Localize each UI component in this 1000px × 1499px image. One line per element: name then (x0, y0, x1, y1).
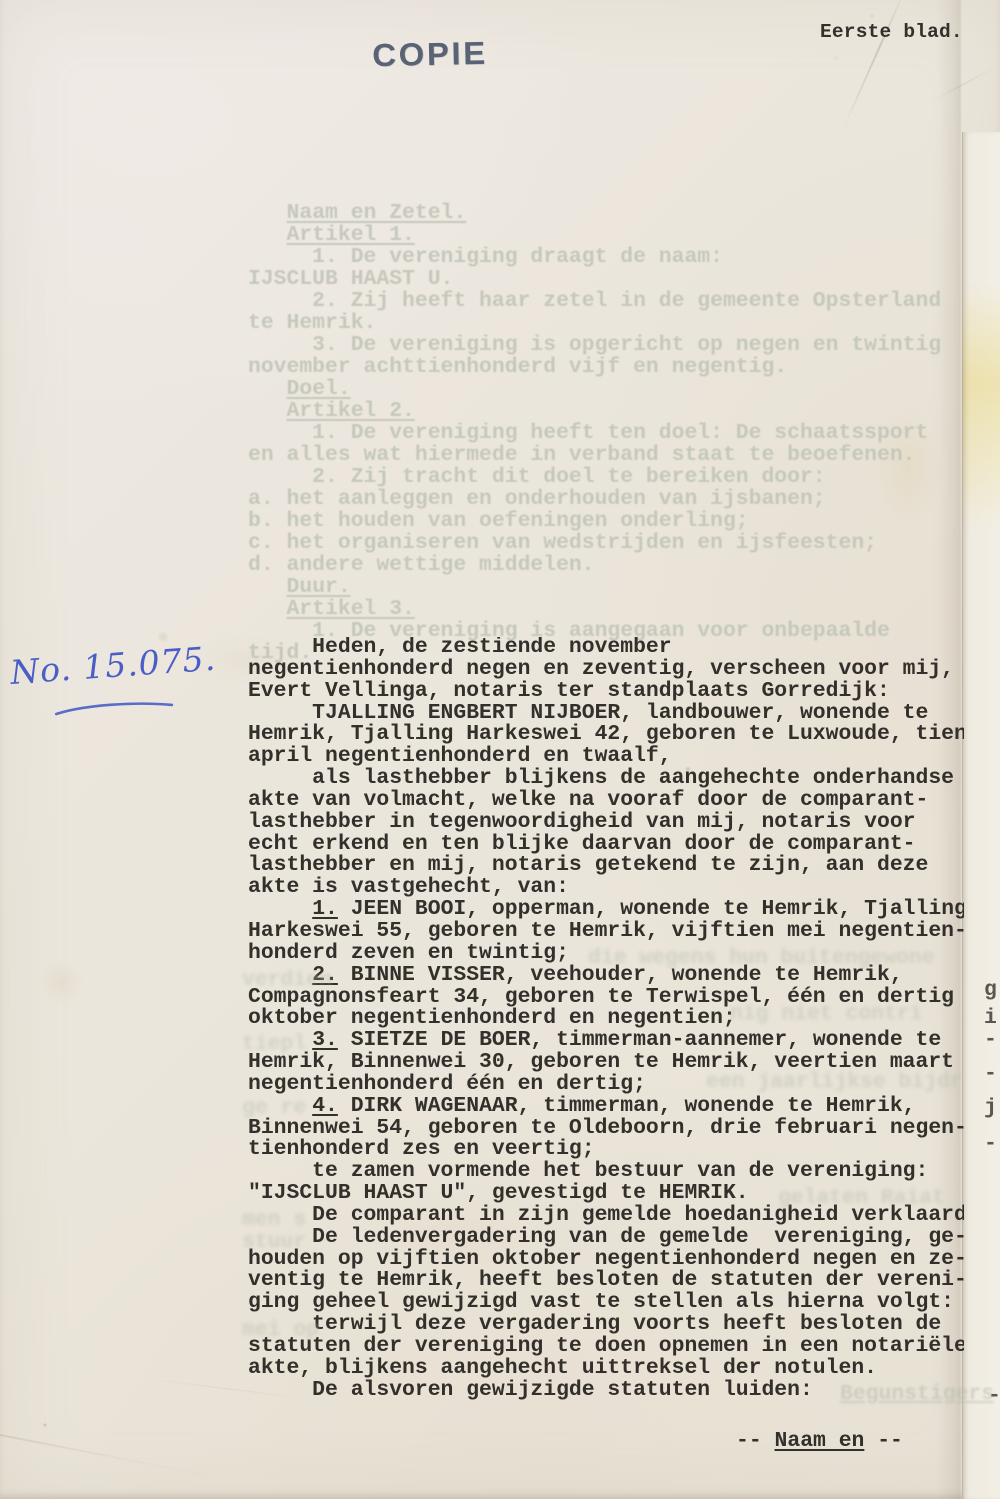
text-line: Duur. (248, 576, 964, 598)
text-line: Artikel 3. (248, 598, 964, 620)
bleed-fragment: gelaten Raiat (778, 1186, 945, 1210)
bleed-fragment: Begunstigers (840, 1382, 994, 1406)
text-line: 3. De vereniging is opgericht op negen e… (248, 334, 964, 356)
text-line: ventig te Hemrik, heeft besloten de stat… (248, 1270, 964, 1292)
catchword: -- Naam en -- (736, 1430, 976, 1452)
text-line: 2. Zij heeft haar zetel in de gemeente O… (248, 290, 964, 312)
text-line: a. het aanleggen en onderhouden van ijsb… (248, 488, 964, 510)
text-line: akte, blijkens aangehecht uittreksel der… (248, 1358, 964, 1380)
text-line: Evert Vellinga, notaris ter standplaats … (248, 681, 964, 703)
text-line: Artikel 1. (248, 224, 964, 246)
text-line: te zamen vormende het bestuur van de ver… (248, 1161, 964, 1183)
text-line: 1. JEEN BOOI, opperman, wonende te Hemri… (248, 899, 964, 921)
bleed-fragment: een jaarlijkse bijdr (706, 1070, 963, 1094)
crease-top-right (842, 0, 905, 130)
text-line: Doel. (248, 378, 964, 400)
text-line: Binnenwei 54, geboren te Oldeboorn, drie… (248, 1118, 964, 1140)
text-line: Heden, de zestiende november (248, 637, 964, 659)
page-edge-mark: g (984, 978, 997, 1002)
text-line: c. het organiseren van wedstrijden en ij… (248, 532, 964, 554)
text-line: 4. DIRK WAGENAAR, timmerman, wonende te … (248, 1096, 964, 1118)
page-edge-mark: i (984, 1006, 997, 1030)
text-line: november achttienhonderd vijf en negenti… (248, 356, 964, 378)
text-line: als lasthebber blijkens de aangehechte o… (248, 768, 964, 790)
text-line: negentienhonderd negen en zeventig, vers… (248, 659, 964, 681)
page-edge-mark: - (984, 1062, 997, 1086)
text-line: akte is vastgehecht, van: (248, 877, 964, 899)
page-edge-mark: - (984, 1132, 997, 1156)
text-line: houden op vijftien oktober negentienhond… (248, 1249, 964, 1271)
text-line: akte van volmacht, welke na vooraf door … (248, 790, 964, 812)
text-line: TJALLING ENGBERT NIJBOER, landbouwer, wo… (248, 703, 964, 725)
text-line: echt erkend en ten blijke daarvan door d… (248, 834, 964, 856)
handwritten-case-number: No. 15.075. (9, 637, 241, 692)
text-line: IJSCLUB HAAST U. (248, 268, 964, 290)
text-line: lasthebber in tegenwoordigheid van mij, … (248, 812, 964, 834)
bleed-fragment: ge re (242, 1096, 306, 1120)
page-number-label: Eerste blad. (820, 21, 963, 43)
bleedthrough-text-block: Naam en Zetel. Artikel 1. 1. De verenigi… (248, 202, 964, 664)
bleed-fragment: mei op (242, 1318, 319, 1342)
text-line: ging geheel gewijzigd vast te stellen al… (248, 1292, 964, 1314)
page-edge-mark: - (984, 1028, 997, 1052)
bleed-fragment: verdien (242, 968, 332, 992)
bleed-fragment: men s (242, 1208, 306, 1232)
text-line: lasthebber en mij, notaris getekend te z… (248, 855, 964, 877)
bleed-fragment: stuur (242, 1230, 306, 1254)
next-sheet-edge (962, 132, 1000, 1499)
text-line: 2. Zij tracht dit doel te bereiken door: (248, 466, 964, 488)
crease-bottom-left (0, 1432, 236, 1482)
text-line: statuten der vereniging te doen opnemen … (248, 1336, 964, 1358)
text-line: -- Naam en -- (736, 1430, 976, 1452)
text-line: en alles wat hiermede in verband staat t… (248, 444, 964, 466)
text-line: 3. SIETZE DE BOER, timmerman-aannemer, w… (248, 1030, 964, 1052)
bleed-fragment: die wegens hun buitengewone (588, 946, 935, 970)
page-edge-mark: - (988, 1384, 1000, 1408)
text-line: Artikel 2. (248, 400, 964, 422)
handwritten-underline-flourish (52, 697, 177, 719)
text-line: 1. De vereniging heeft ten doel: De scha… (248, 422, 964, 444)
text-line: 1. De vereniging draagt de naam: (248, 246, 964, 268)
text-line: april negentienhonderd en twaalf, (248, 746, 964, 768)
text-line: b. het houden van oefeningen onderling; (248, 510, 964, 532)
text-line: De ledenvergadering van de gemelde veren… (248, 1227, 964, 1249)
page-edge-mark: j (984, 1096, 997, 1120)
crease-top-right-2 (932, 68, 994, 102)
text-line: te Hemrik. (248, 312, 964, 334)
bleed-fragment: nig niet contri (730, 1002, 923, 1026)
bleed-fragment: tiepl (242, 1032, 306, 1056)
text-line: Hemrik, Tjalling Harkeswei 42, geboren t… (248, 724, 964, 746)
copie-stamp: COPIE (372, 35, 488, 74)
text-line: terwijl deze vergadering voorts heeft be… (248, 1314, 964, 1336)
scanned-document-page: COPIE Eerste blad. No. 15.075. Naam en Z… (0, 0, 1000, 1499)
text-line: d. andere wettige middelen. (248, 554, 964, 576)
text-line: Naam en Zetel. (248, 202, 964, 224)
text-line: Harkeswei 55, geboren te Hemrik, vijftie… (248, 921, 964, 943)
text-line: tienhonderd zes en veertig; (248, 1139, 964, 1161)
